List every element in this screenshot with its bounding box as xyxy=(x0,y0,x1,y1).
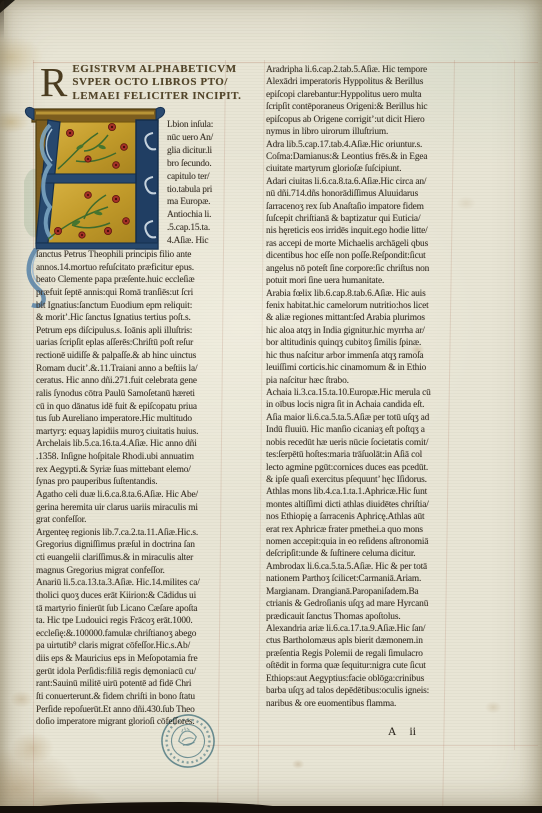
text-line: cti euangelii clariſſimus.& in miraculis… xyxy=(36,552,226,565)
right-column-text: Aradripha li.6.cap.2.tab.5.Aſiæ. Hic tem… xyxy=(266,64,454,710)
text-line: hic aloa atqʒ in India gignitur.hic myrr… xyxy=(266,325,454,337)
text-line: ſanctus Petrus Theophili principis filio… xyxy=(36,249,226,262)
text-line: bit Ignatius:ſanctum Euodium epm reliqui… xyxy=(36,300,226,313)
text-line: oſtēdit in forma quæ ſequitur:nigra cute… xyxy=(266,660,454,672)
text-line: .1358. Inſigne hoſpitale Rhodi.ubi annua… xyxy=(36,451,226,464)
page-header: R EGISTRVM ALPHABETICVMSVPER OCTO LIBROS… xyxy=(40,63,226,103)
text-line: epiſcopus ab Origene corrigit’:ut dicit … xyxy=(266,114,454,126)
text-line: fenix habitat.hic camelorum nutritio:hos… xyxy=(266,300,454,312)
text-line: tes:ſerpētū hoſtes:maria trāſuolāt:in Aſ… xyxy=(266,449,454,461)
text-line: beato Clemente papa præſente.huic eccleſ… xyxy=(36,274,226,287)
text-line: rectionē uidiſſe & palpaſſe.& ab hinc ui… xyxy=(36,350,226,363)
text-line: Petrum eps diſcipulus.s. Ioānis apli ill… xyxy=(36,325,226,338)
text-line: montes altiſſimi dicti athlas diuidētes … xyxy=(266,499,454,511)
text-line: epiſcopi clarebantur:Hyppolitus uero mul… xyxy=(266,89,454,101)
albion-entry-beside-initial: Lbion inſula:nūc uero An/glia dicitur.li… xyxy=(167,119,225,248)
text-line: Adari ciuitas li.6.ca.8.ta.6.Aſiæ.Hic ci… xyxy=(266,176,454,188)
text-line: lecto agmine pgūt:cornices duces eas pce… xyxy=(266,462,454,474)
signature-mark: A ii xyxy=(388,726,416,738)
text-line: Aradripha li.6.cap.2.tab.5.Aſiæ. Hic tem… xyxy=(266,64,454,76)
text-line: Lbion inſula: xyxy=(167,119,225,132)
text-line: Anariū li.5.ca.13.ta.3.Aſiæ. Hic.14.mili… xyxy=(36,577,226,590)
text-line: magnus Gregorius migrat confeſſor. xyxy=(36,565,226,578)
text-line: uarias ſcripſit eplas aſſerēs:Chriſtū po… xyxy=(36,337,226,350)
photographed-book-page: { "page": { "signature_mark": "A ii", "d… xyxy=(0,0,542,813)
text-line: bor altitudinis quinqʒ cubitoʒ ſimilis ſ… xyxy=(266,337,454,349)
text-line: leuiſſimi corticis.hic cinamomum & in Et… xyxy=(266,362,454,374)
text-line: Athlas mons lib.4.ca.1.ta.1.Aphricæ.Hic … xyxy=(266,486,454,498)
text-line: glia dicitur.li xyxy=(167,145,225,158)
text-line: Alexandria ariæ li.6.ca.17.ta.9.Aſiæ.Hic… xyxy=(266,623,454,635)
text-line: Indū fluuiū. Hic manſio cicaniaʒ eſt poſ… xyxy=(266,424,454,436)
text-line: Adra lib.5.cap.17.tab.4.Aſiæ.Hic oriuntu… xyxy=(266,139,454,151)
text-line: Antiochia li. xyxy=(167,209,225,222)
edge-shadow xyxy=(0,0,4,40)
text-line: ſcripſit contēporaneus Origeni:& Berillu… xyxy=(266,101,454,113)
text-line: & aliæ regiones mittant:ſed Arabia pluri… xyxy=(266,312,454,324)
text-line: nobis recedūt hæ ueris nūcie ſocietatis … xyxy=(266,437,454,449)
text-line: deſcripſit:unde & ſuſtinere celuma dicit… xyxy=(266,548,454,560)
text-line: Margianam. Drangianā.Paropaniſadem.Ba xyxy=(266,586,454,598)
text-line: ralis ſynodus cōtra Paulū Samoſetanū hær… xyxy=(36,388,226,401)
text-line: Ambrodax li.6.ca.5.ta.5.Aſiæ. Hic & per … xyxy=(266,561,454,573)
text-line: eccleſię:&.100000.famulæ chriſtianoʒ abe… xyxy=(36,628,226,641)
text-line: Arabia fœlix lib.6.cap.8.tab.6.Aſiæ. Hic… xyxy=(266,288,454,300)
text-line: pa uirtutib⁹ claris migrat cōfeſſor.Hic.… xyxy=(36,640,226,653)
text-line: barba uſqʒ ad talos depēdētibus:oculis i… xyxy=(266,685,454,697)
text-line: nos Ethiopię a ſarracenis Aphricę.Athlas… xyxy=(266,511,454,523)
text-line: ſti conuerterunt.& fidem chriſti in bono… xyxy=(36,691,226,704)
text-line: hic thus naſcitur arbor immenſa atqʒ ram… xyxy=(266,350,454,362)
text-line: nūc uero An/ xyxy=(167,132,225,145)
text-line: ciuitate martyrum glorioſæ ſuſcipiunt. xyxy=(266,163,454,175)
text-line: Gregorius digniſſimus præſul in doctrina… xyxy=(36,539,226,552)
text-line: cū in quo dānatus idē fuit & epiſcopatu … xyxy=(36,401,226,414)
text-line: nis hęreticis eos irridēs inquit.ego hod… xyxy=(266,225,454,237)
ruling-line xyxy=(257,60,265,808)
text-line: ctrianis & Gedroſianis uſqʒ ad mare Hyrc… xyxy=(266,598,454,610)
text-line: gerūt idola Perſidis:filiā regis dęmonia… xyxy=(36,666,226,679)
text-line: annos.14.mortuo reſuſcitato præficitur e… xyxy=(36,262,226,275)
text-line: bro ſecundo. xyxy=(167,158,225,171)
text-line: tholici quoʒ duces erāt Kiirion:& Cādidu… xyxy=(36,590,226,603)
text-line: erat rex Aphricæ frater pmethei.a quo mo… xyxy=(266,524,454,536)
text-line: rant:Sauinū militē uirū potentē ad fidē … xyxy=(36,678,226,691)
text-line: ma Europæ. xyxy=(167,196,225,209)
text-line: pia naſcitur hæc ſtrabo. xyxy=(266,375,454,387)
text-line: in oībus locis nigra ſit in Achaia candi… xyxy=(266,399,454,411)
ruling-line xyxy=(514,60,515,750)
text-line: .5.cap.15.ta. xyxy=(167,222,225,235)
text-line: ceratus. Hic anno dñi.271.fuit celebrata… xyxy=(36,375,226,388)
text-line: Aſia maior li.6.ca.5.ta.5.Aſiæ per totū … xyxy=(266,412,454,424)
text-line: 4.Aſiæ. Hic xyxy=(167,235,225,248)
text-line: gerina heremita uir clarus uariis miracu… xyxy=(36,502,226,515)
text-line: naribus & ore euomentibus flamma. xyxy=(266,698,454,710)
text-line: nomen accepit:quia in eo reſidens aſtron… xyxy=(266,536,454,548)
library-stamp xyxy=(155,709,221,773)
photo-background-edge xyxy=(0,806,542,813)
text-line: Coſma:Damianus:& Leontius frēs.& in Egea xyxy=(266,151,454,163)
text-line: tus ſub Aureliano imperatore.Hic multitu… xyxy=(36,413,226,426)
text-line: præſentia Regis Polemii de regali ſimula… xyxy=(266,648,454,660)
text-line: Achaia li.3.ca.15.ta.10.Europæ.Hic merul… xyxy=(266,387,454,399)
text-line: & ipſe quaſi exercitus pſequunt’ hęc Iſi… xyxy=(266,474,454,486)
text-line: ras accepi de morte Michaelis archāgeli … xyxy=(266,238,454,250)
left-column-text: ſanctus Petrus Theophili principis filio… xyxy=(36,249,226,729)
text-line: prædicauit ſanctus Thomas apoſtolus. xyxy=(266,611,454,623)
text-line: Archelais lib.5.ca.16.ta.4.Aſiæ. Hic ann… xyxy=(36,438,226,451)
book-page: R EGISTRVM ALPHABETICVMSVPER OCTO LIBROS… xyxy=(0,0,542,813)
text-line: nū dñi.714.dñs honorādiſſimus Aluuidarus xyxy=(266,188,454,200)
text-line: potuit mori ſine uera humanitate. xyxy=(266,275,454,287)
text-line: ſarracenoʒ rex ſub Anaſtaſio impatore fi… xyxy=(266,201,454,213)
text-line: capitulo ter/ xyxy=(167,171,225,184)
text-line: diis eps & Mauricius eps in Meſopotamia … xyxy=(36,653,226,666)
text-line: ta. Hic tpe Ludouici regis Frācoʒ erāt.1… xyxy=(36,615,226,628)
text-line: nationem Parthoʒ ſcilicet:Carmaniā.Ariam… xyxy=(266,573,454,585)
ruling-line xyxy=(205,745,538,746)
text-line: tā martyrio finierūt ſub Licano Cæſare a… xyxy=(36,603,226,616)
text-line: Ethiops:aut Aegyptius:facie oblōga:crini… xyxy=(266,673,454,685)
text-line: dicentibus hoc eſſe non poſſe.Reſpondit:… xyxy=(266,250,454,262)
text-line: rex Aegypti.& Syriæ ſuas mittebant elemo… xyxy=(36,464,226,477)
text-line: ſynas pro pauperibus ſuſtentandis. xyxy=(36,476,226,489)
text-line: martyrʒ: equaʒ lapidiis muroʒ ciuitatis … xyxy=(36,426,226,439)
text-line: præfuit ſeptē annis:qui Romā tranſiēs:ut… xyxy=(36,287,226,300)
text-line: Alexādri imperatoris Hyppolitus & Berill… xyxy=(266,76,454,88)
text-line: Agatho celi duæ li.6.ca.8.ta.6.Aſiæ. Hic… xyxy=(36,489,226,502)
text-line: tio.tabula pri xyxy=(167,184,225,197)
text-line: nymus in libro uirorum illuſtrium. xyxy=(266,126,454,138)
text-line: ſuſcepit chriſtianā & baptizatur qui Eut… xyxy=(266,213,454,225)
header-initial-R: R xyxy=(40,63,72,103)
text-line: grat confeſſor. xyxy=(36,514,226,527)
text-line: Argenteę regionis lib.7.ca.2.ta.11.Aſiæ.… xyxy=(36,527,226,540)
text-line: angelus nō poteſt ſine corpore:ſic chriſ… xyxy=(266,263,454,275)
text-line: ctus Bartholomæus apls bierit dæmonem.in xyxy=(266,635,454,647)
text-line: Romam ducit’.&.11.Traiani anno a beſtiis… xyxy=(36,363,226,376)
text-line: & morit’.Hic ſanctus Ignatius tertius po… xyxy=(36,312,226,325)
